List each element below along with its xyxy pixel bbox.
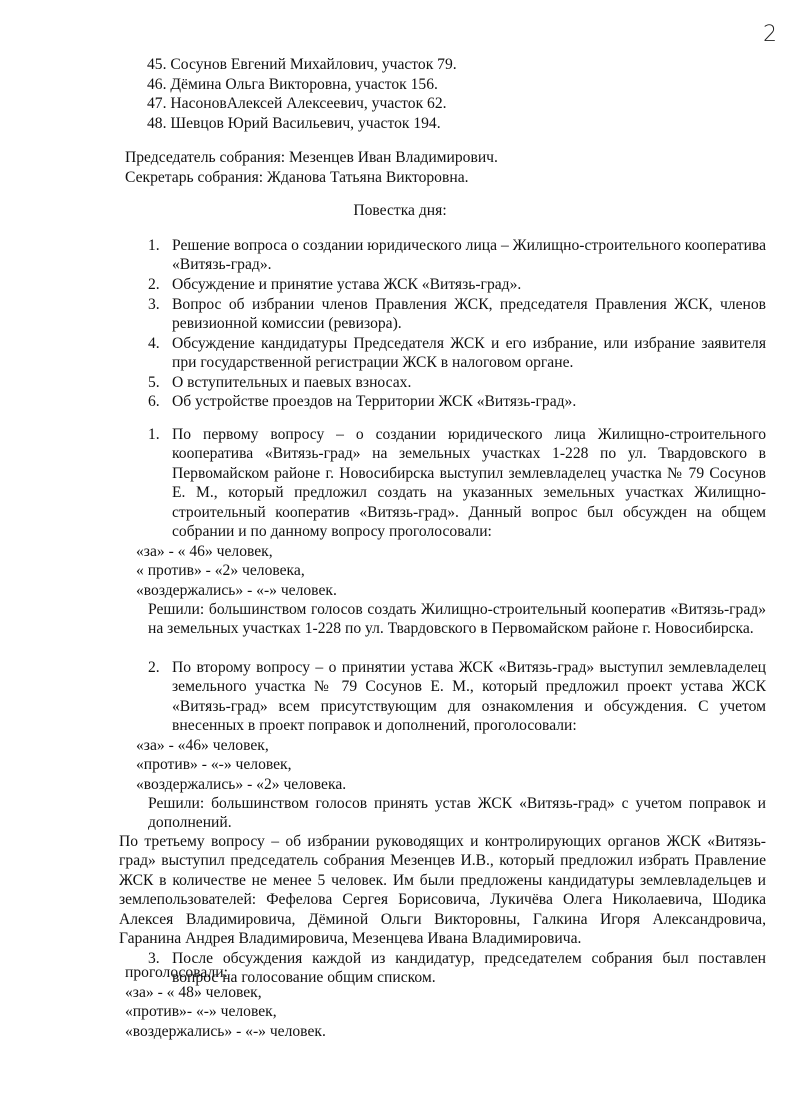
vote-abstained: «воздержались» - «-» человек.: [125, 1022, 326, 1042]
question-number: 2.: [148, 658, 160, 677]
secretary-line: Секретарь собрания: Жданова Татьяна Викт…: [125, 168, 469, 188]
attendee-item: 47. НасоновАлексей Алексеевич, участок 6…: [147, 94, 447, 114]
vote-abstained: «воздержались» - «-» человек.: [136, 581, 337, 601]
voted-label: проголосовали:: [125, 963, 228, 983]
agenda-item: Обсуждение и принятие устава ЖСК «Витязь…: [172, 275, 766, 294]
vote-against: «против»- «-» человек,: [125, 1002, 277, 1022]
attendee-item: 48. Шевцов Юрий Васильевич, участок 194.: [147, 114, 441, 134]
agenda-item-number: 3.: [148, 295, 160, 314]
vote-against: « против» - «2» человека,: [136, 561, 305, 581]
agenda-item: Вопрос об избрании членов Правления ЖСК,…: [172, 295, 766, 334]
attendee-item: 45. Сосунов Евгений Михайлович, участок …: [147, 55, 457, 75]
question-number: 1.: [148, 425, 160, 444]
agenda-item: Обсуждение кандидатуры Председателя ЖСК …: [172, 334, 766, 373]
chairman-line: Председатель собрания: Мезенцев Иван Вла…: [125, 148, 498, 168]
vote-abstained: «воздержались» - «2» человека.: [136, 775, 346, 795]
agenda-item: Об устройстве проездов на Территории ЖСК…: [172, 392, 766, 411]
agenda-item-number: 2.: [148, 275, 160, 294]
question-2-decision: Решили: большинством голосов принять уст…: [148, 794, 766, 833]
agenda-title: Повестка дня:: [0, 201, 800, 221]
vote-against: «против» - «-» человек,: [136, 755, 292, 775]
agenda-item-number: 6.: [148, 392, 160, 411]
attendee-item: 46. Дёмина Ольга Викторовна, участок 156…: [147, 75, 438, 95]
agenda-item-number: 4.: [148, 334, 160, 353]
agenda-item: О вступительных и паевых взносах.: [172, 373, 766, 392]
question-3-intro: По третьему вопросу – об избрании руково…: [119, 832, 766, 948]
vote-for: «за» - « 46» человек,: [136, 542, 273, 562]
vote-for: «за» - «46» человек,: [136, 736, 269, 756]
handwritten-page-number: 2: [763, 22, 777, 47]
agenda-item-number: 1.: [148, 236, 160, 255]
question-1-text: По первому вопросу – о создании юридичес…: [172, 425, 766, 541]
document-page: 2 45. Сосунов Евгений Михайлович, участо…: [0, 0, 800, 1107]
question-2-text: По второму вопросу – о принятии устава Ж…: [172, 658, 766, 736]
vote-for: «за» - « 48» человек,: [125, 983, 262, 1003]
agenda-item-number: 5.: [148, 373, 160, 392]
agenda-item: Решение вопроса о создании юридического …: [172, 236, 766, 275]
question-1-decision: Решили: большинством голосов создать Жил…: [148, 600, 766, 639]
